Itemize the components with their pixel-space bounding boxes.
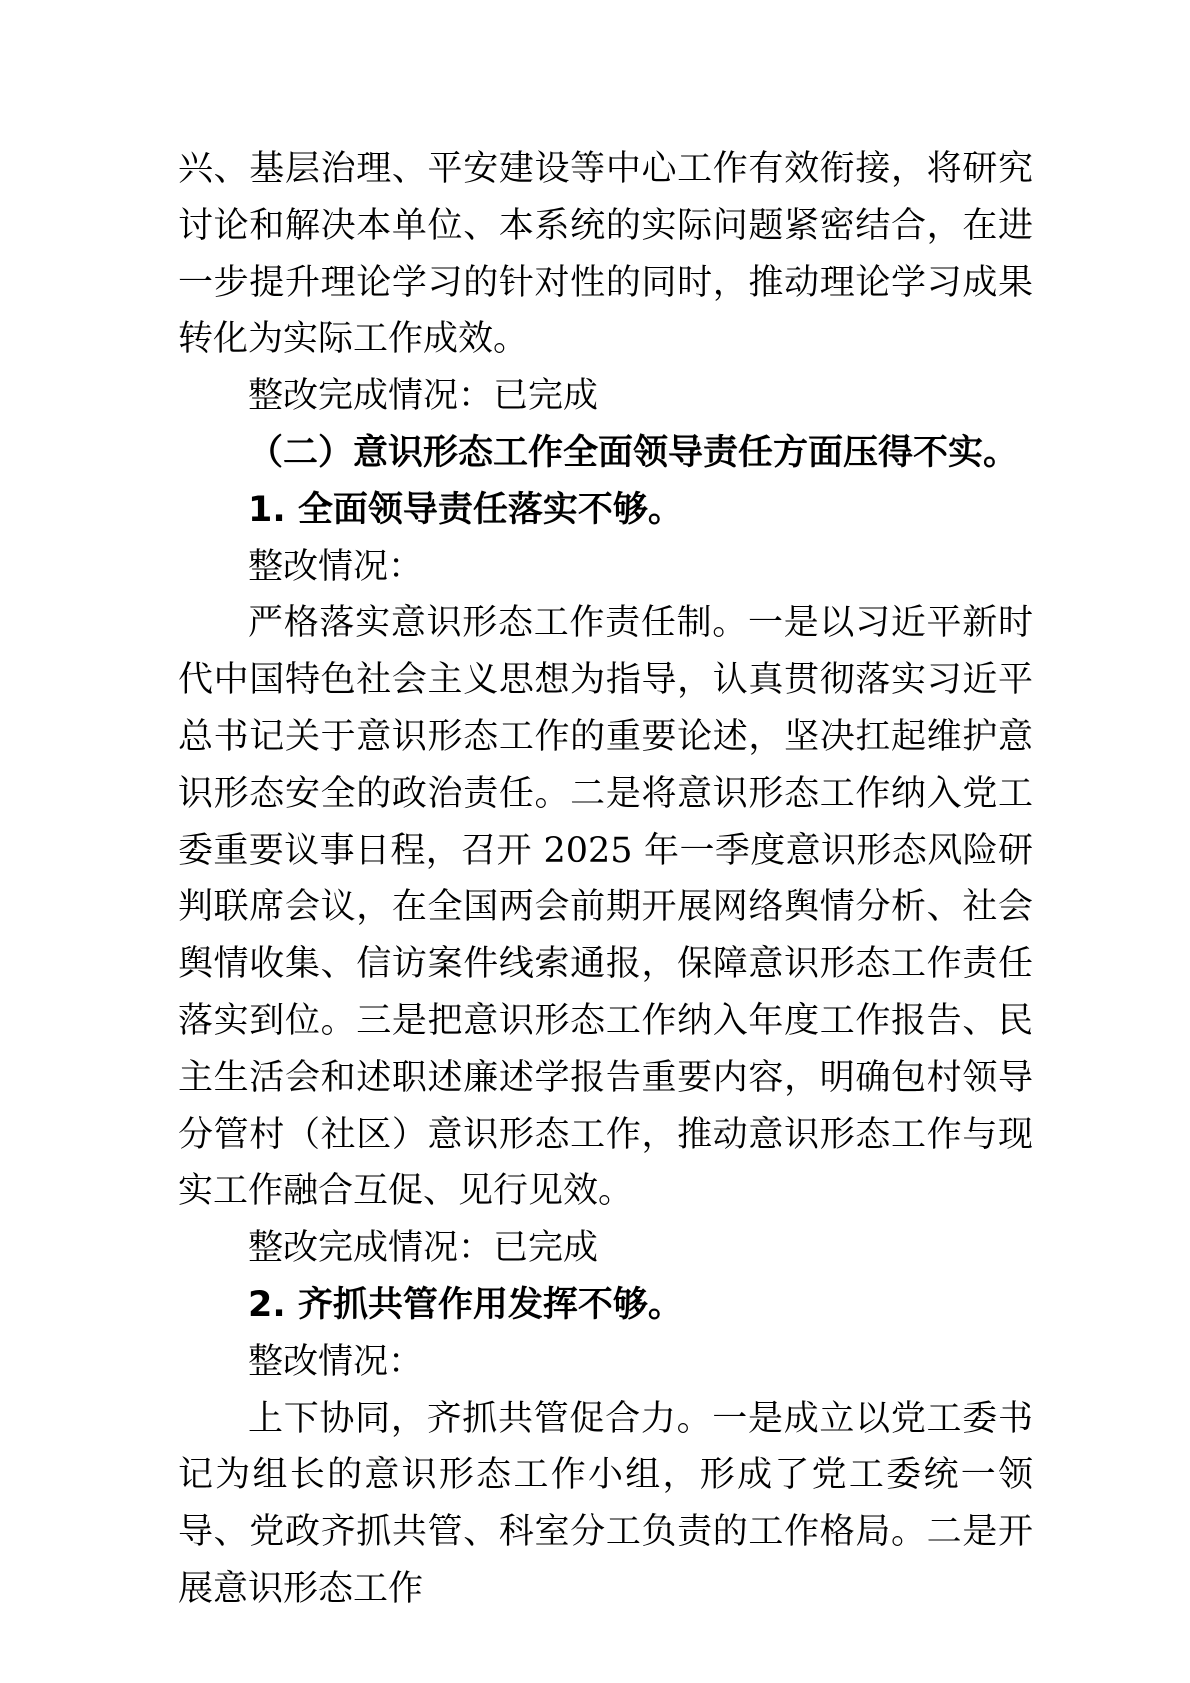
subsection-heading-1: 1. 全面领导责任落实不够。 xyxy=(178,482,1033,539)
rectification-body-paragraph: 严格落实意识形态工作责任制。一是以习近平新时代中国特色社会主义思想为指导，认真贯… xyxy=(178,595,1033,1220)
rectification-label: 整改情况： xyxy=(178,539,1033,596)
rectification-label: 整改情况： xyxy=(178,1334,1033,1391)
subsection-heading-2: 2. 齐抓共管作用发挥不够。 xyxy=(178,1277,1033,1334)
completion-status-line: 整改完成情况：已完成 xyxy=(178,1220,1033,1277)
rectification-body-paragraph-continues-next-page: 上下协同，齐抓共管促合力。一是成立以党工委书记为组长的意识形态工作小组，形成了党… xyxy=(178,1391,1033,1618)
section-heading-2: （二）意识形态工作全面领导责任方面压得不实。 xyxy=(178,425,1033,482)
document-page: 兴、基层治理、平安建设等中心工作有效衔接，将研究讨论和解决本单位、本系统的实际问… xyxy=(0,0,1190,1683)
body-paragraph-continued: 兴、基层治理、平安建设等中心工作有效衔接，将研究讨论和解决本单位、本系统的实际问… xyxy=(178,141,1033,368)
completion-status-line: 整改完成情况：已完成 xyxy=(178,368,1033,425)
